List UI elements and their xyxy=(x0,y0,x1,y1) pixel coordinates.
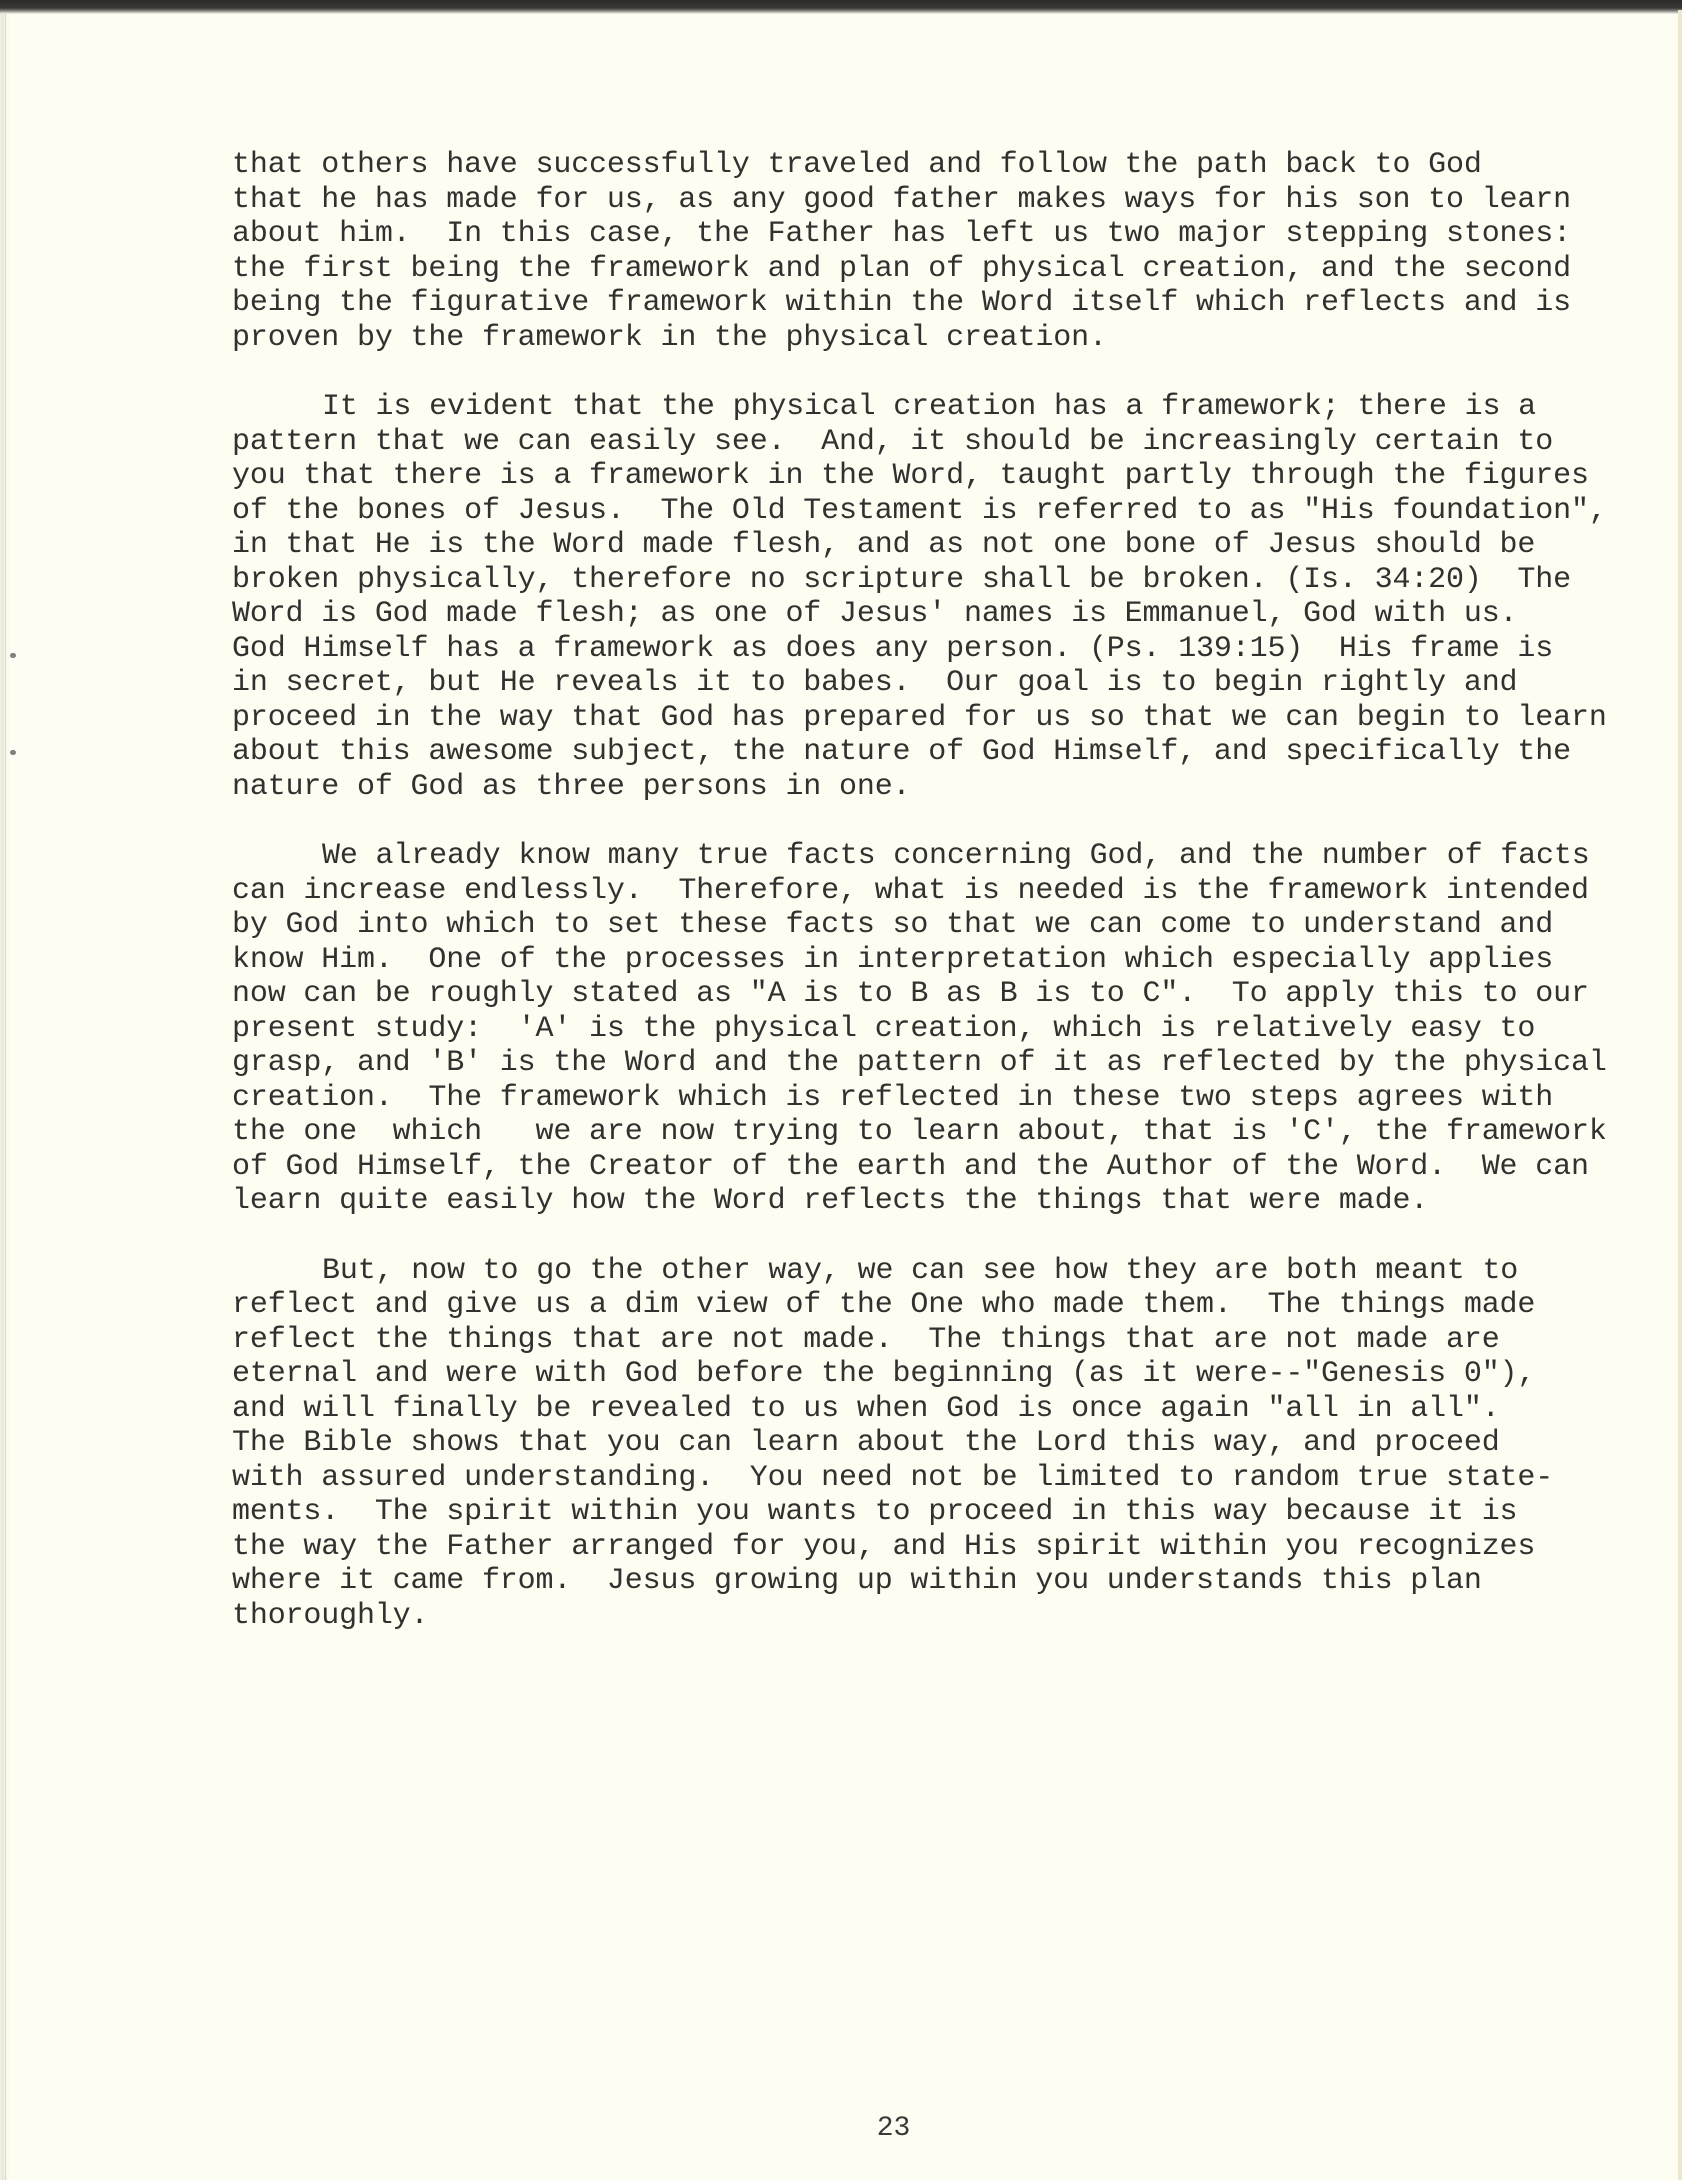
text-line: in secret, but He reveals it to babes. O… xyxy=(232,666,1592,701)
text-line: of the bones of Jesus. The Old Testament… xyxy=(232,494,1592,529)
text-line: and will finally be revealed to us when … xyxy=(232,1392,1592,1427)
text-line: about this awesome subject, the nature o… xyxy=(232,735,1592,770)
staple-mark xyxy=(10,750,16,755)
paragraph-3: We already know many true facts concerni… xyxy=(232,839,1592,1219)
text-line: God Himself has a framework as does any … xyxy=(232,632,1592,667)
text-line: Word is God made flesh; as one of Jesus'… xyxy=(232,597,1592,632)
text-line: grasp, and 'B' is the Word and the patte… xyxy=(232,1046,1592,1081)
text-line: now can be roughly stated as "A is to B … xyxy=(232,977,1592,1012)
text-line: being the figurative framework within th… xyxy=(232,286,1592,321)
text-line: you that there is a framework in the Wor… xyxy=(232,459,1592,494)
text-line: reflect and give us a dim view of the On… xyxy=(232,1288,1592,1323)
text-line: learn quite easily how the Word reflects… xyxy=(232,1184,1592,1219)
document-body: that others have successfully traveled a… xyxy=(232,148,1592,1668)
text-line: pattern that we can easily see. And, it … xyxy=(232,425,1592,460)
scanner-top-shadow xyxy=(0,0,1682,14)
staple-mark xyxy=(10,653,16,658)
text-line: present study: 'A' is the physical creat… xyxy=(232,1012,1592,1047)
text-line: of God Himself, the Creator of the earth… xyxy=(232,1150,1592,1185)
page-number: 23 xyxy=(0,2113,1682,2144)
text-line: know Him. One of the processes in interp… xyxy=(232,943,1592,978)
text-line: in that He is the Word made flesh, and a… xyxy=(232,528,1592,563)
paragraph-4: But, now to go the other way, we can see… xyxy=(232,1254,1592,1634)
text-line: eternal and were with God before the beg… xyxy=(232,1357,1592,1392)
text-line: nature of God as three persons in one. xyxy=(232,770,1592,805)
text-line: broken physically, therefore no scriptur… xyxy=(232,563,1592,598)
text-line: the one which we are now trying to learn… xyxy=(232,1115,1592,1150)
text-line: that others have successfully traveled a… xyxy=(232,148,1592,183)
text-line: proven by the framework in the physical … xyxy=(232,321,1592,356)
text-line: It is evident that the physical creation… xyxy=(232,390,1592,425)
text-line: reflect the things that are not made. Th… xyxy=(232,1323,1592,1358)
text-line: We already know many true facts concerni… xyxy=(232,839,1592,874)
text-line: that he has made for us, as any good fat… xyxy=(232,183,1592,218)
text-line: The Bible shows that you can learn about… xyxy=(232,1426,1592,1461)
binding-fold-line xyxy=(5,14,6,2180)
paragraph-2: It is evident that the physical creation… xyxy=(232,390,1592,804)
text-line: creation. The framework which is reflect… xyxy=(232,1081,1592,1116)
text-line: with assured understanding. You need not… xyxy=(232,1461,1592,1496)
text-line: where it came from. Jesus growing up wit… xyxy=(232,1564,1592,1599)
text-line: can increase endlessly. Therefore, what … xyxy=(232,874,1592,909)
text-line: proceed in the way that God has prepared… xyxy=(232,701,1592,736)
text-line: about him. In this case, the Father has … xyxy=(232,217,1592,252)
text-line: the first being the framework and plan o… xyxy=(232,252,1592,287)
paragraph-1: that others have successfully traveled a… xyxy=(232,148,1592,355)
text-line: But, now to go the other way, we can see… xyxy=(232,1254,1592,1289)
text-line: ments. The spirit within you wants to pr… xyxy=(232,1495,1592,1530)
page-right-edge xyxy=(1678,10,1682,2180)
text-line: the way the Father arranged for you, and… xyxy=(232,1530,1592,1565)
text-line: thoroughly. xyxy=(232,1599,1592,1634)
text-line: by God into which to set these facts so … xyxy=(232,908,1592,943)
